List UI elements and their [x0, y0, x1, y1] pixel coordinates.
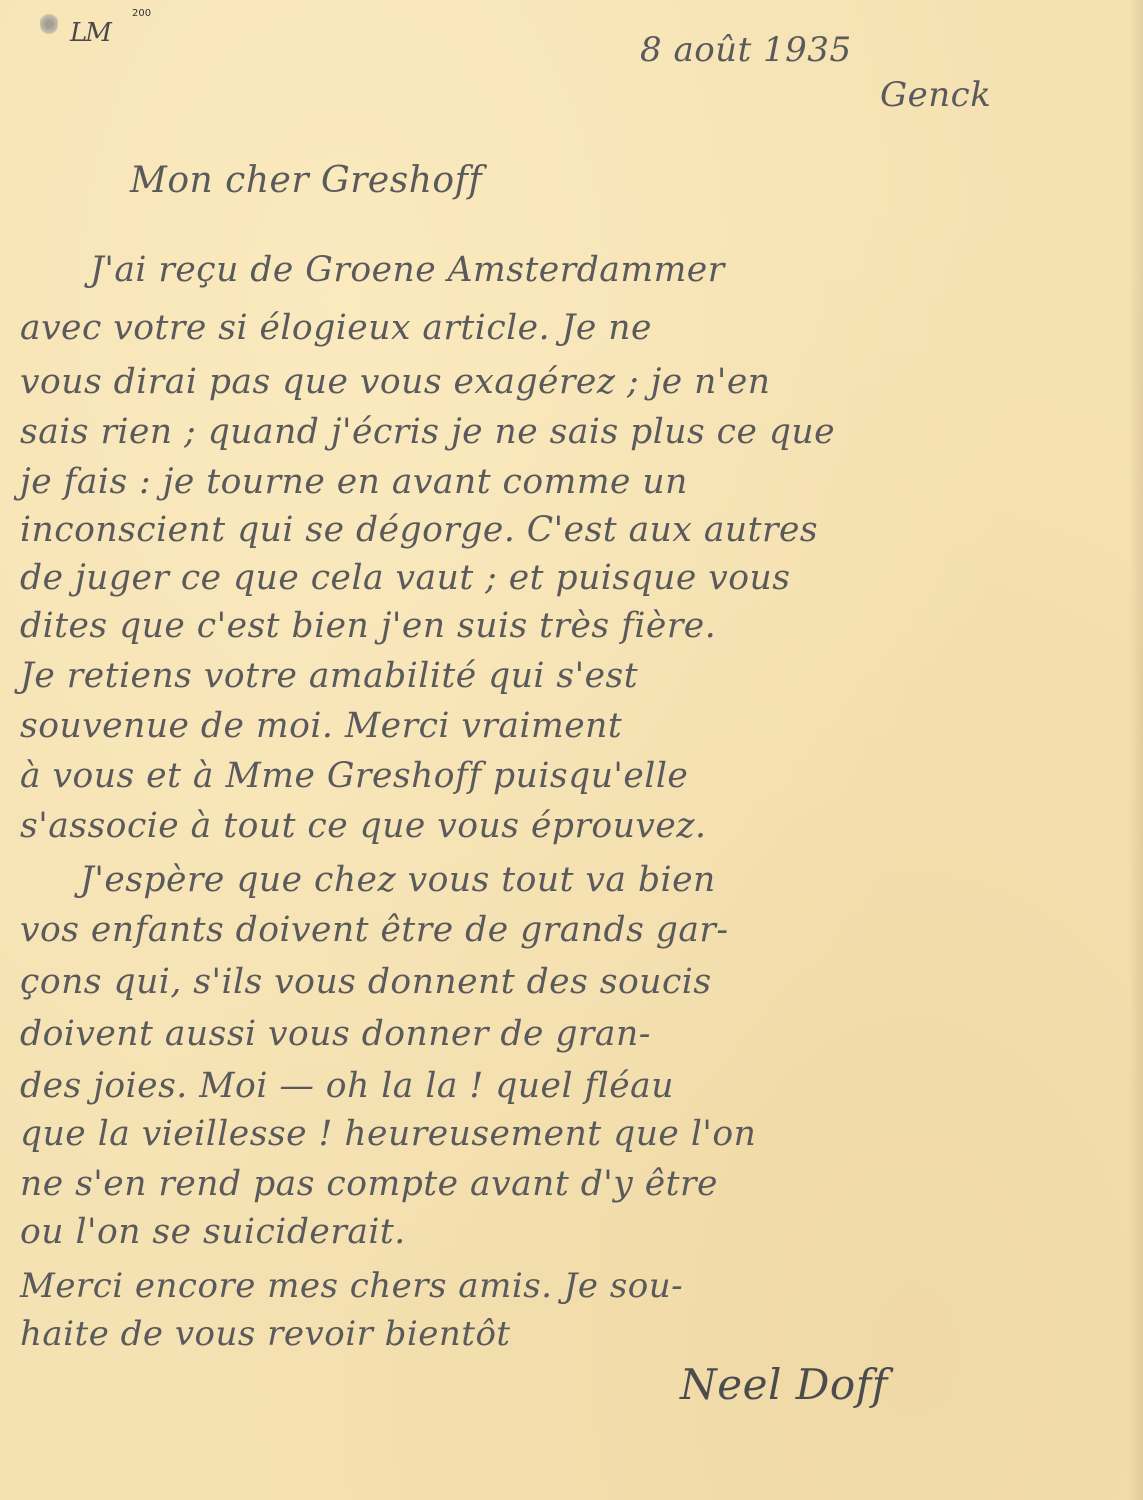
salutation: Mon cher Greshoff: [130, 160, 482, 201]
closing-line: Merci encore mes chers amis. Je sou-: [20, 1266, 683, 1306]
body-line: inconscient qui se dégorge. C'est aux au…: [20, 510, 818, 550]
folio-number: 200: [132, 8, 151, 19]
body-line: avec votre si élogieux article. Je ne: [20, 308, 652, 348]
body-line: sais rien ; quand j'écris je ne sais plu…: [20, 412, 835, 452]
body-line: doivent aussi vous donner de gran-: [20, 1014, 651, 1054]
body-line: J'ai reçu de Groene Amsterdammer: [90, 250, 725, 290]
body-line: dites que c'est bien j'en suis très fièr…: [20, 606, 716, 646]
signature: Neel Doff: [680, 1360, 888, 1409]
body-line: J'espère que chez vous tout va bien: [80, 860, 716, 900]
body-line: ou l'on se suiciderait.: [20, 1212, 406, 1252]
body-line: s'associe à tout ce que vous éprouvez.: [20, 806, 706, 846]
body-line: Je retiens votre amabilité qui s'est: [20, 656, 638, 696]
body-line: vos enfants doivent être de grands gar-: [20, 910, 729, 950]
letterhead: LM 200: [30, 8, 150, 48]
letter-paper: LM 200 8 août 1935 Genck Mon cher Gresho…: [0, 0, 1143, 1500]
letter-place: Genck: [880, 75, 991, 115]
body-line: de juger ce que cela vaut ; et puisque v…: [20, 558, 790, 598]
body-line: vous dirai pas que vous exagérez ; je n'…: [20, 362, 771, 402]
body-line: à vous et à Mme Greshoff puisqu'elle: [20, 756, 688, 796]
body-line: que la vieillesse ! heureusement que l'o…: [20, 1114, 756, 1154]
body-line: souvenue de moi. Merci vraiment: [20, 706, 622, 746]
closing-line: haite de vous revoir bientôt: [20, 1314, 511, 1354]
letter-date: 8 août 1935: [640, 30, 852, 70]
body-line: des joies. Moi — oh la la ! quel fléau: [20, 1066, 674, 1106]
body-line: çons qui, s'ils vous donnent des soucis: [20, 962, 712, 1002]
body-line: je fais : je tourne en avant comme un: [20, 462, 688, 502]
lion-crest-icon: [40, 12, 58, 36]
body-line: ne s'en rend pas compte avant d'y être: [20, 1164, 718, 1204]
monogram: LM: [70, 18, 110, 48]
